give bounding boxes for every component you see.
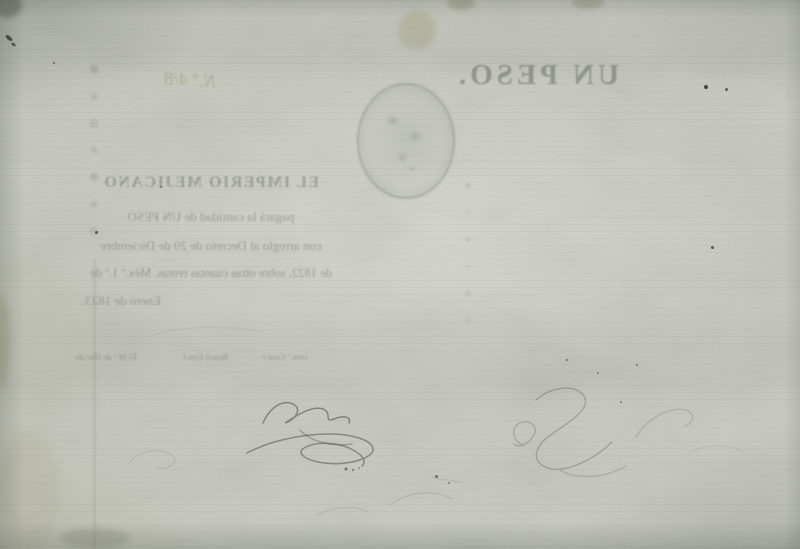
paper-grain-overlay: [0, 0, 800, 549]
banknote-reverse-photo: UN PESO. N.º 4/8 ❋ ✳ ❊ ✳ ❋ ✳ ❊ ✱ ✣ ✱ ✣ ✱…: [0, 0, 800, 549]
